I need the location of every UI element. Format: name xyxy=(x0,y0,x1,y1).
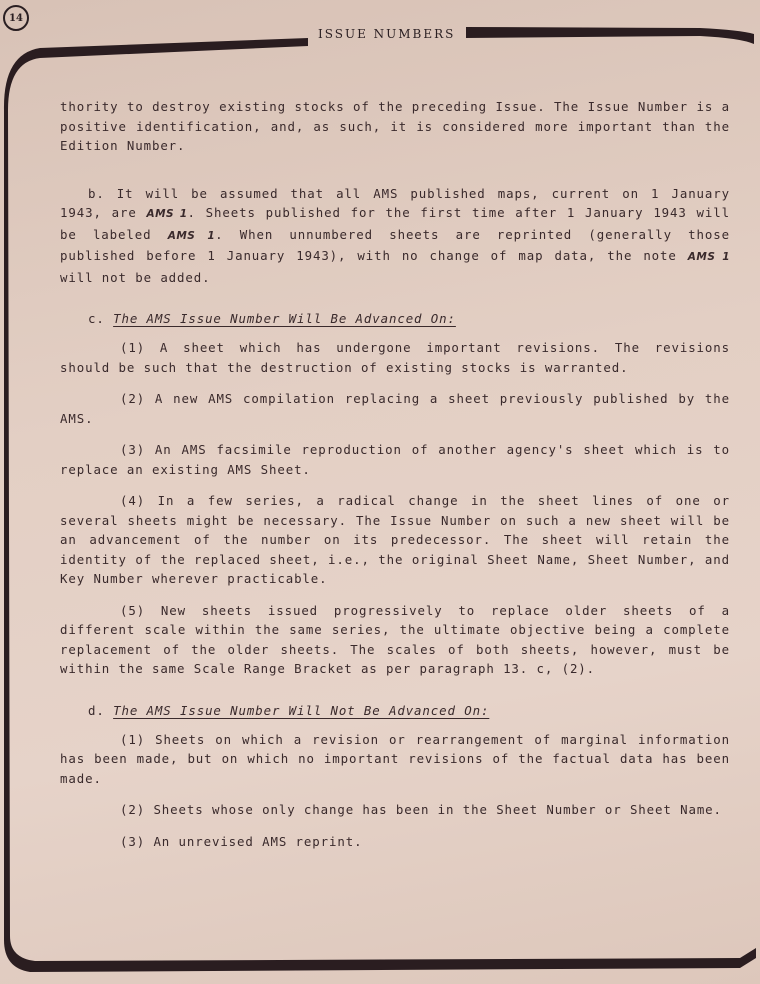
page-number-badge: 14 xyxy=(3,5,29,31)
section-c-item: (2) A new AMS compilation replacing a sh… xyxy=(60,389,730,428)
page-number: 14 xyxy=(9,13,23,24)
section-c-item: (1) A sheet which has undergone importan… xyxy=(60,338,730,377)
ams-mark: AMS 1 xyxy=(688,251,730,263)
intro-paragraph: thority to destroy existing stocks of th… xyxy=(60,97,730,156)
section-c-heading: c. The AMS Issue Number Will Be Advanced… xyxy=(88,311,730,326)
section-header-title: ISSUE NUMBERS xyxy=(318,27,455,41)
section-c-item: (3) An AMS facsimile reproduction of ano… xyxy=(60,440,730,479)
paragraph-b-text: will not be added. xyxy=(60,270,210,285)
section-d-title: The AMS Issue Number Will Not Be Advance… xyxy=(113,703,489,718)
document-body: thority to destroy existing stocks of th… xyxy=(60,97,730,851)
section-d-label: d. xyxy=(88,703,105,718)
section-d-item: (1) Sheets on which a revision or rearra… xyxy=(60,730,730,789)
section-d-heading: d. The AMS Issue Number Will Not Be Adva… xyxy=(88,703,730,718)
section-c-title: The AMS Issue Number Will Be Advanced On… xyxy=(113,311,456,326)
section-d-item: (2) Sheets whose only change has been in… xyxy=(60,800,730,820)
ams-mark: AMS 1 xyxy=(146,208,187,220)
section-c-item: (4) In a few series, a radical change in… xyxy=(60,491,730,589)
section-d-item: (3) An unrevised AMS reprint. xyxy=(60,832,730,852)
section-c-label: c. xyxy=(88,311,105,326)
ams-mark: AMS 1 xyxy=(168,230,215,242)
paragraph-b: b. It will be assumed that all AMS publi… xyxy=(60,184,730,288)
section-c-item: (5) New sheets issued progressively to r… xyxy=(60,601,730,679)
